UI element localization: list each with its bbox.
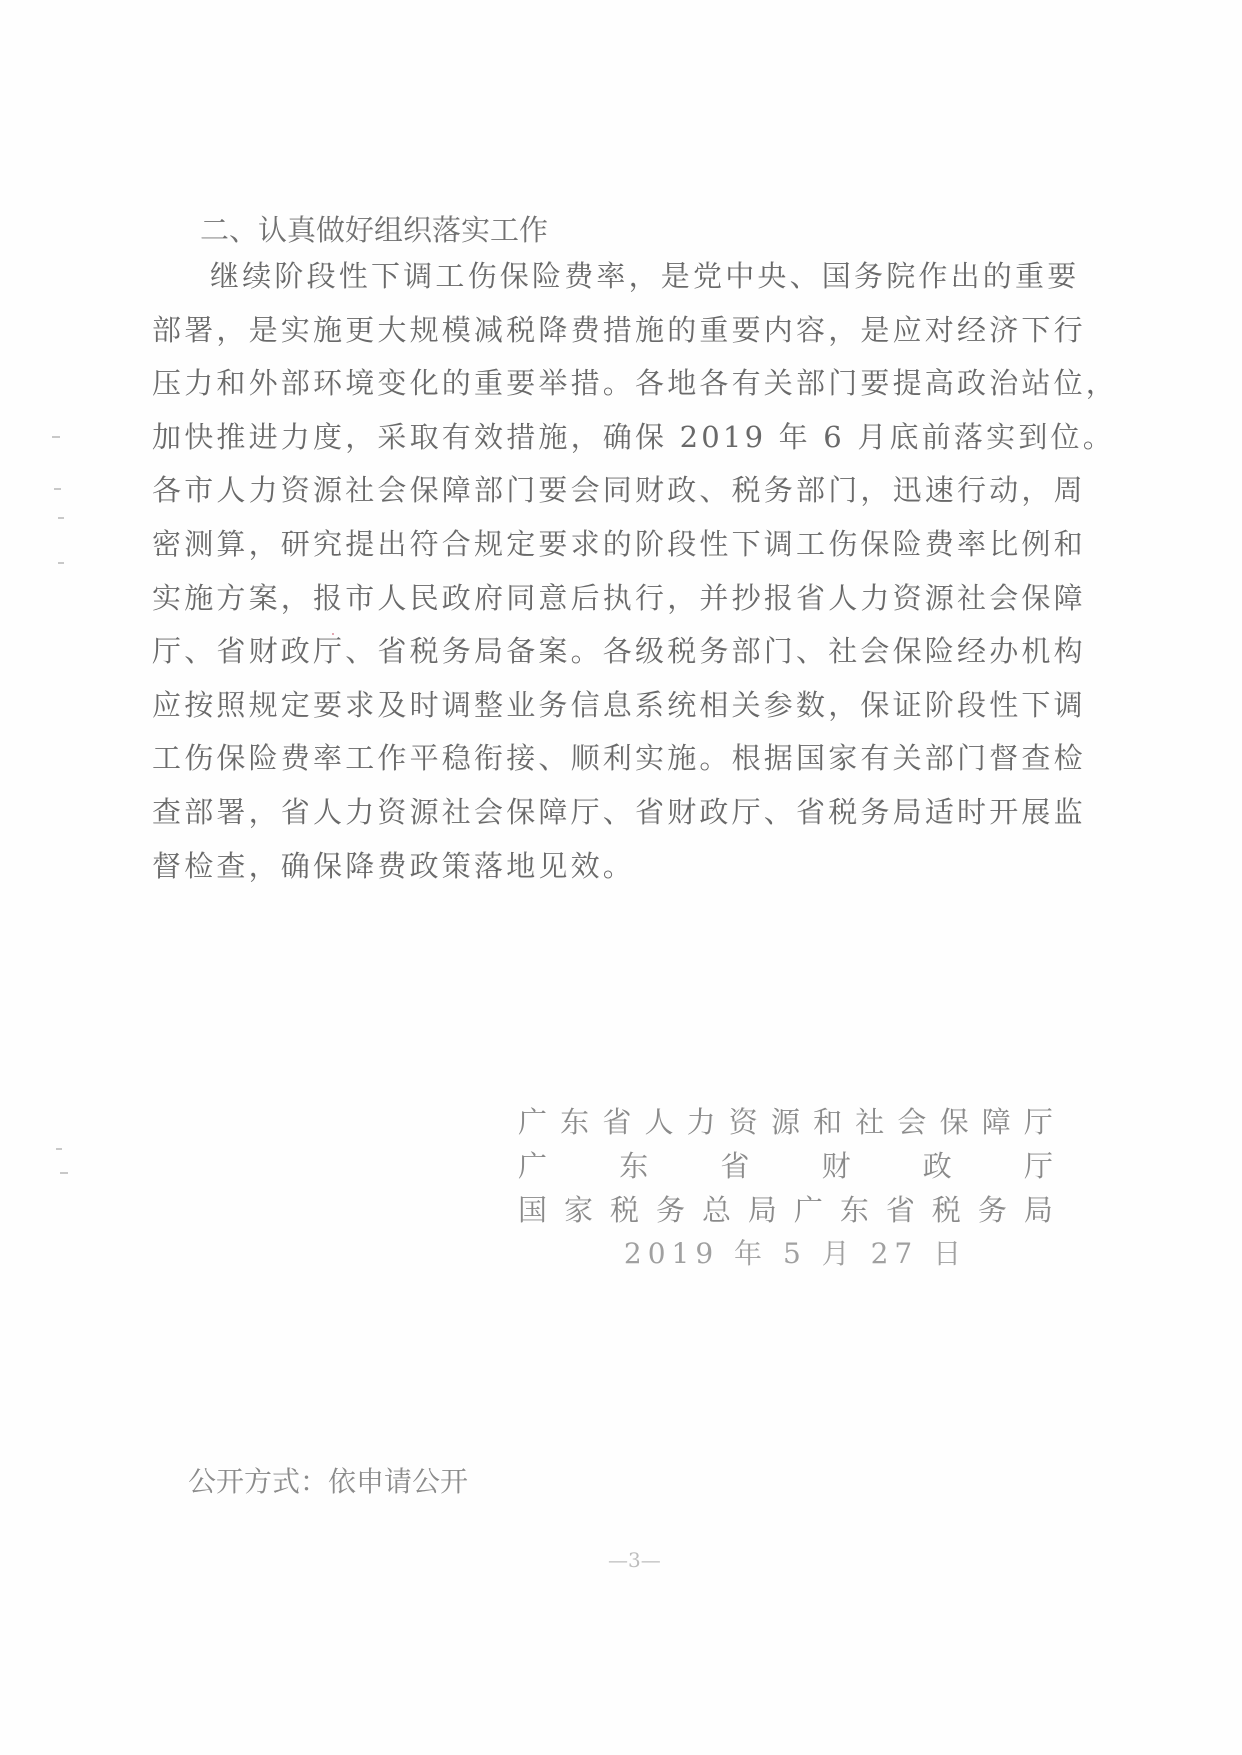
issuer-char: 障 bbox=[982, 1100, 1011, 1144]
paragraph-line: 应按照规定要求及时调整业务信息系统相关参数，保证阶段性下调 bbox=[152, 679, 1052, 733]
issuer-char: 税 bbox=[932, 1188, 961, 1232]
scan-margin-mark bbox=[56, 1148, 62, 1150]
issuer-char: 厅 bbox=[1024, 1144, 1053, 1188]
issuer-char: 局 bbox=[748, 1188, 777, 1232]
issuer-char: 财 bbox=[822, 1144, 851, 1188]
signature-block: 广 东 省 人 力 资 源 和 社 会 保 障 厅 广 东 省 财 政 厅 国 … bbox=[518, 1100, 1053, 1276]
paragraph-line: 加快推进力度，采取有效措施，确保 2019 年 6 月底前落实到位。 bbox=[152, 411, 1052, 465]
issuer-char: 政 bbox=[923, 1144, 952, 1188]
scan-margin-mark bbox=[52, 436, 60, 438]
paragraph-line: 查部署，省人力资源社会保障厅、省财政厅、省税务局适时开展监 bbox=[152, 786, 1052, 840]
issuer-char: 省 bbox=[602, 1100, 631, 1144]
issuer-line-finance: 广 东 省 财 政 厅 bbox=[518, 1144, 1053, 1188]
issuer-char: 东 bbox=[619, 1144, 648, 1188]
page-number: —3— bbox=[608, 1548, 661, 1572]
issuer-char: 东 bbox=[560, 1100, 589, 1144]
issuer-char: 源 bbox=[771, 1100, 800, 1144]
issuer-char: 人 bbox=[644, 1100, 673, 1144]
issuer-char: 广 bbox=[794, 1188, 823, 1232]
paragraph-line: 各市人力资源社会保障部门要会同财政、税务部门，迅速行动，周 bbox=[152, 464, 1052, 518]
issuer-char: 和 bbox=[813, 1100, 842, 1144]
paragraph-line: 厅、省财政厅、省税务局备案。各级税务部门、社会保险经办机构 bbox=[152, 625, 1052, 679]
issuer-char: 保 bbox=[940, 1100, 969, 1144]
scan-margin-mark bbox=[54, 488, 61, 490]
paragraph-line: 工伤保险费率工作平稳衔接、顺利实施。根据国家有关部门督查检 bbox=[152, 732, 1052, 786]
paragraph-line: 实施方案，报市人民政府同意后执行，并抄报省人力资源社会保障 bbox=[152, 572, 1052, 626]
issuer-line-hrss: 广 东 省 人 力 资 源 和 社 会 保 障 厅 bbox=[518, 1100, 1053, 1144]
paragraph-line: 督检查，确保降费政策落地见效。 bbox=[152, 840, 1052, 894]
scan-margin-mark bbox=[58, 562, 64, 564]
disclosure-method: 公开方式：依申请公开 bbox=[188, 1460, 468, 1500]
issuer-char: 家 bbox=[564, 1188, 593, 1232]
body-paragraph: 继续阶段性下调工伤保险费率，是党中央、国务院作出的重要 部署，是实施更大规模减税… bbox=[152, 250, 1052, 893]
paragraph-line: 密测算，研究提出符合规定要求的阶段性下调工伤保险费率比例和 bbox=[152, 518, 1052, 572]
issuer-char: 省 bbox=[886, 1188, 915, 1232]
paragraph-line: 压力和外部环境变化的重要举措。各地各有关部门要提高政治站位， bbox=[152, 357, 1052, 411]
scan-margin-mark bbox=[58, 517, 64, 519]
issuer-char: 广 bbox=[518, 1144, 547, 1188]
paragraph-line: 部署，是实施更大规模减税降费措施的重要内容，是应对经济下行 bbox=[152, 304, 1052, 358]
issuer-char: 会 bbox=[897, 1100, 926, 1144]
scanned-document-page: 二、认真做好组织落实工作 继续阶段性下调工伤保险费率，是党中央、国务院作出的重要… bbox=[0, 0, 1242, 1755]
paragraph-line: 继续阶段性下调工伤保险费率，是党中央、国务院作出的重要 bbox=[152, 250, 1052, 304]
issuer-line-tax: 国 家 税 务 总 局 广 东 省 税 务 局 bbox=[518, 1188, 1053, 1232]
issuer-char: 总 bbox=[702, 1188, 731, 1232]
issuer-char: 税 bbox=[610, 1188, 639, 1232]
scan-margin-mark bbox=[60, 1172, 68, 1174]
signature-date: 2019 年 5 月 27 日 bbox=[518, 1232, 1053, 1276]
issuer-char: 社 bbox=[855, 1100, 884, 1144]
issuer-char: 广 bbox=[518, 1100, 547, 1144]
issuer-char: 力 bbox=[687, 1100, 716, 1144]
section-heading: 二、认真做好组织落实工作 bbox=[200, 208, 548, 249]
issuer-char: 国 bbox=[518, 1188, 547, 1232]
issuer-char: 务 bbox=[978, 1188, 1007, 1232]
issuer-char: 资 bbox=[729, 1100, 758, 1144]
issuer-char: 厅 bbox=[1024, 1100, 1053, 1144]
issuer-char: 务 bbox=[656, 1188, 685, 1232]
issuer-char: 东 bbox=[840, 1188, 869, 1232]
issuer-char: 省 bbox=[720, 1144, 749, 1188]
issuer-char: 局 bbox=[1024, 1188, 1053, 1232]
